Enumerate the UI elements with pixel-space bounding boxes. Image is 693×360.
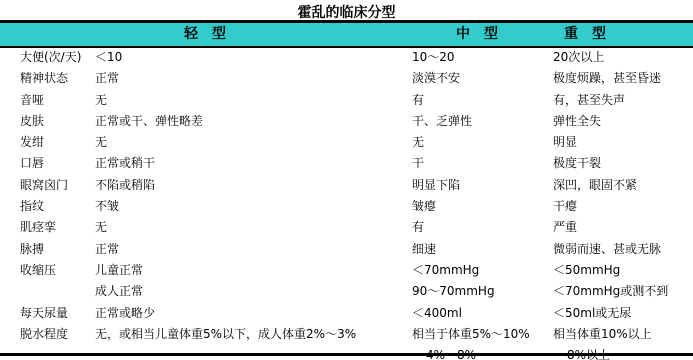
moderate-cell: 有 bbox=[412, 90, 553, 111]
row-label-cell: 每天尿量 bbox=[20, 303, 95, 324]
severe-cell: 相当体重10%以上 bbox=[553, 324, 693, 345]
moderate-cell: 无 bbox=[412, 132, 553, 153]
severe-cell: ＜50ml或无尿 bbox=[553, 303, 693, 324]
severe-cell: 干瘪 bbox=[553, 196, 693, 217]
row-label-cell: 收缩压 bbox=[20, 260, 95, 281]
row-label-cell: 眼窝囟门 bbox=[20, 175, 95, 196]
row-label-cell: 脉搏 bbox=[20, 239, 95, 260]
moderate-cell: 有 bbox=[412, 217, 553, 238]
severe-cell: ＜50mmHg bbox=[553, 260, 693, 281]
severe-cell: 极度干裂 bbox=[553, 153, 693, 174]
row-label-cell: 精神状态 bbox=[20, 68, 95, 89]
table-row: 成人正常 90～70mmHg ＜70mmHg或测不到 bbox=[0, 281, 693, 302]
moderate-cell: 淡漠不安 bbox=[412, 68, 553, 89]
table-row: 发绀 无 无 明显 bbox=[0, 132, 693, 153]
mild-cell: 不陷或稍陷 bbox=[95, 175, 412, 196]
mild-cell: 儿童正常 bbox=[95, 260, 412, 281]
column-header-moderate: 中 型 bbox=[456, 23, 498, 46]
table-row: 口唇 正常或稍干 干 极度干裂 bbox=[0, 153, 693, 174]
moderate-cell: 干 bbox=[412, 153, 553, 174]
moderate-cell: ＜70mmHg bbox=[412, 260, 553, 281]
mild-cell: 无，或相当儿童体重5%以下，成人体重2%～3% bbox=[95, 324, 412, 345]
severe-cell: 有，甚至失声 bbox=[553, 90, 693, 111]
row-label-cell: 指纹 bbox=[20, 196, 95, 217]
table-row: 脉搏 正常 细速 微弱而速、甚或无脉 bbox=[0, 239, 693, 260]
severe-cell: 微弱而速、甚或无脉 bbox=[553, 239, 693, 260]
row-label-cell: 皮肤 bbox=[20, 111, 95, 132]
mild-cell: 正常或略少 bbox=[95, 303, 412, 324]
severe-cell: ＜70mmHg或测不到 bbox=[553, 281, 693, 302]
cholera-classification-table-page: 霍乱的临床分型 轻 型 中 型 重 型 大便(次/天) ＜10 10～20 20… bbox=[0, 0, 693, 360]
table-row: 收缩压 儿童正常 ＜70mmHg ＜50mmHg bbox=[0, 260, 693, 281]
severe-cell: 弹性全失 bbox=[553, 111, 693, 132]
table-row: 音哑 无 有 有，甚至失声 bbox=[0, 90, 693, 111]
table-row: 皮肤 正常或干、弹性略差 干、乏弹性 弹性全失 bbox=[0, 111, 693, 132]
column-header-mild: 轻 型 bbox=[184, 23, 226, 46]
mild-cell: ＜10 bbox=[95, 47, 412, 68]
mild-cell: 正常或稍干 bbox=[95, 153, 412, 174]
severe-cell: 严重 bbox=[553, 217, 693, 238]
mild-cell: 无 bbox=[95, 132, 412, 153]
moderate-cell: ＜400ml bbox=[412, 303, 553, 324]
row-label-cell: 发绀 bbox=[20, 132, 95, 153]
table-row: 大便(次/天) ＜10 10～20 20次以上 bbox=[0, 47, 693, 68]
moderate-cell: 90～70mmHg bbox=[412, 281, 553, 302]
mild-cell: 无 bbox=[95, 90, 412, 111]
severe-cell: 20次以上 bbox=[553, 47, 693, 68]
row-label-cell: 口唇 bbox=[20, 153, 95, 174]
table-row: 精神状态 正常 淡漠不安 极度烦躁，甚至昏迷 bbox=[0, 68, 693, 89]
table-row: 眼窝囟门 不陷或稍陷 明显下陷 深凹，眼固不紧 bbox=[0, 175, 693, 196]
row-label-cell: 音哑 bbox=[20, 90, 95, 111]
table-row: 指纹 不皱 皱瘪 干瘪 bbox=[0, 196, 693, 217]
severe-cell: 深凹，眼固不紧 bbox=[553, 175, 693, 196]
row-label-cell bbox=[20, 281, 95, 302]
bottom-divider bbox=[0, 353, 693, 356]
mild-cell: 正常 bbox=[95, 68, 412, 89]
moderate-cell: 相当于体重5%～10% bbox=[412, 324, 553, 345]
mild-cell: 正常 bbox=[95, 239, 412, 260]
mild-cell: 正常或干、弹性略差 bbox=[95, 111, 412, 132]
severe-cell: 极度烦躁，甚至昏迷 bbox=[553, 68, 693, 89]
moderate-cell: 明显下陷 bbox=[412, 175, 553, 196]
mild-cell: 成人正常 bbox=[95, 281, 412, 302]
row-label-cell: 大便(次/天) bbox=[20, 47, 95, 68]
row-label-cell: 肌痉挛 bbox=[20, 217, 95, 238]
page-title: 霍乱的临床分型 bbox=[0, 2, 693, 22]
column-header-severe: 重 型 bbox=[564, 23, 606, 46]
table-row: 肌痉挛 无 有 严重 bbox=[0, 217, 693, 238]
moderate-cell: 皱瘪 bbox=[412, 196, 553, 217]
mild-cell: 无 bbox=[95, 217, 412, 238]
table-body: 大便(次/天) ＜10 10～20 20次以上 精神状态 正常 淡漠不安 极度烦… bbox=[0, 47, 693, 360]
moderate-cell: 细速 bbox=[412, 239, 553, 260]
moderate-cell: 10～20 bbox=[412, 47, 553, 68]
table-row: 脱水程度 无，或相当儿童体重5%以下，成人体重2%～3% 相当于体重5%～10%… bbox=[0, 324, 693, 345]
row-label-cell: 脱水程度 bbox=[20, 324, 95, 345]
table-header-band: 轻 型 中 型 重 型 bbox=[0, 23, 693, 46]
moderate-cell: 干、乏弹性 bbox=[412, 111, 553, 132]
severe-cell: 明显 bbox=[553, 132, 693, 153]
table-row: 每天尿量 正常或略少 ＜400ml ＜50ml或无尿 bbox=[0, 303, 693, 324]
mild-cell: 不皱 bbox=[95, 196, 412, 217]
